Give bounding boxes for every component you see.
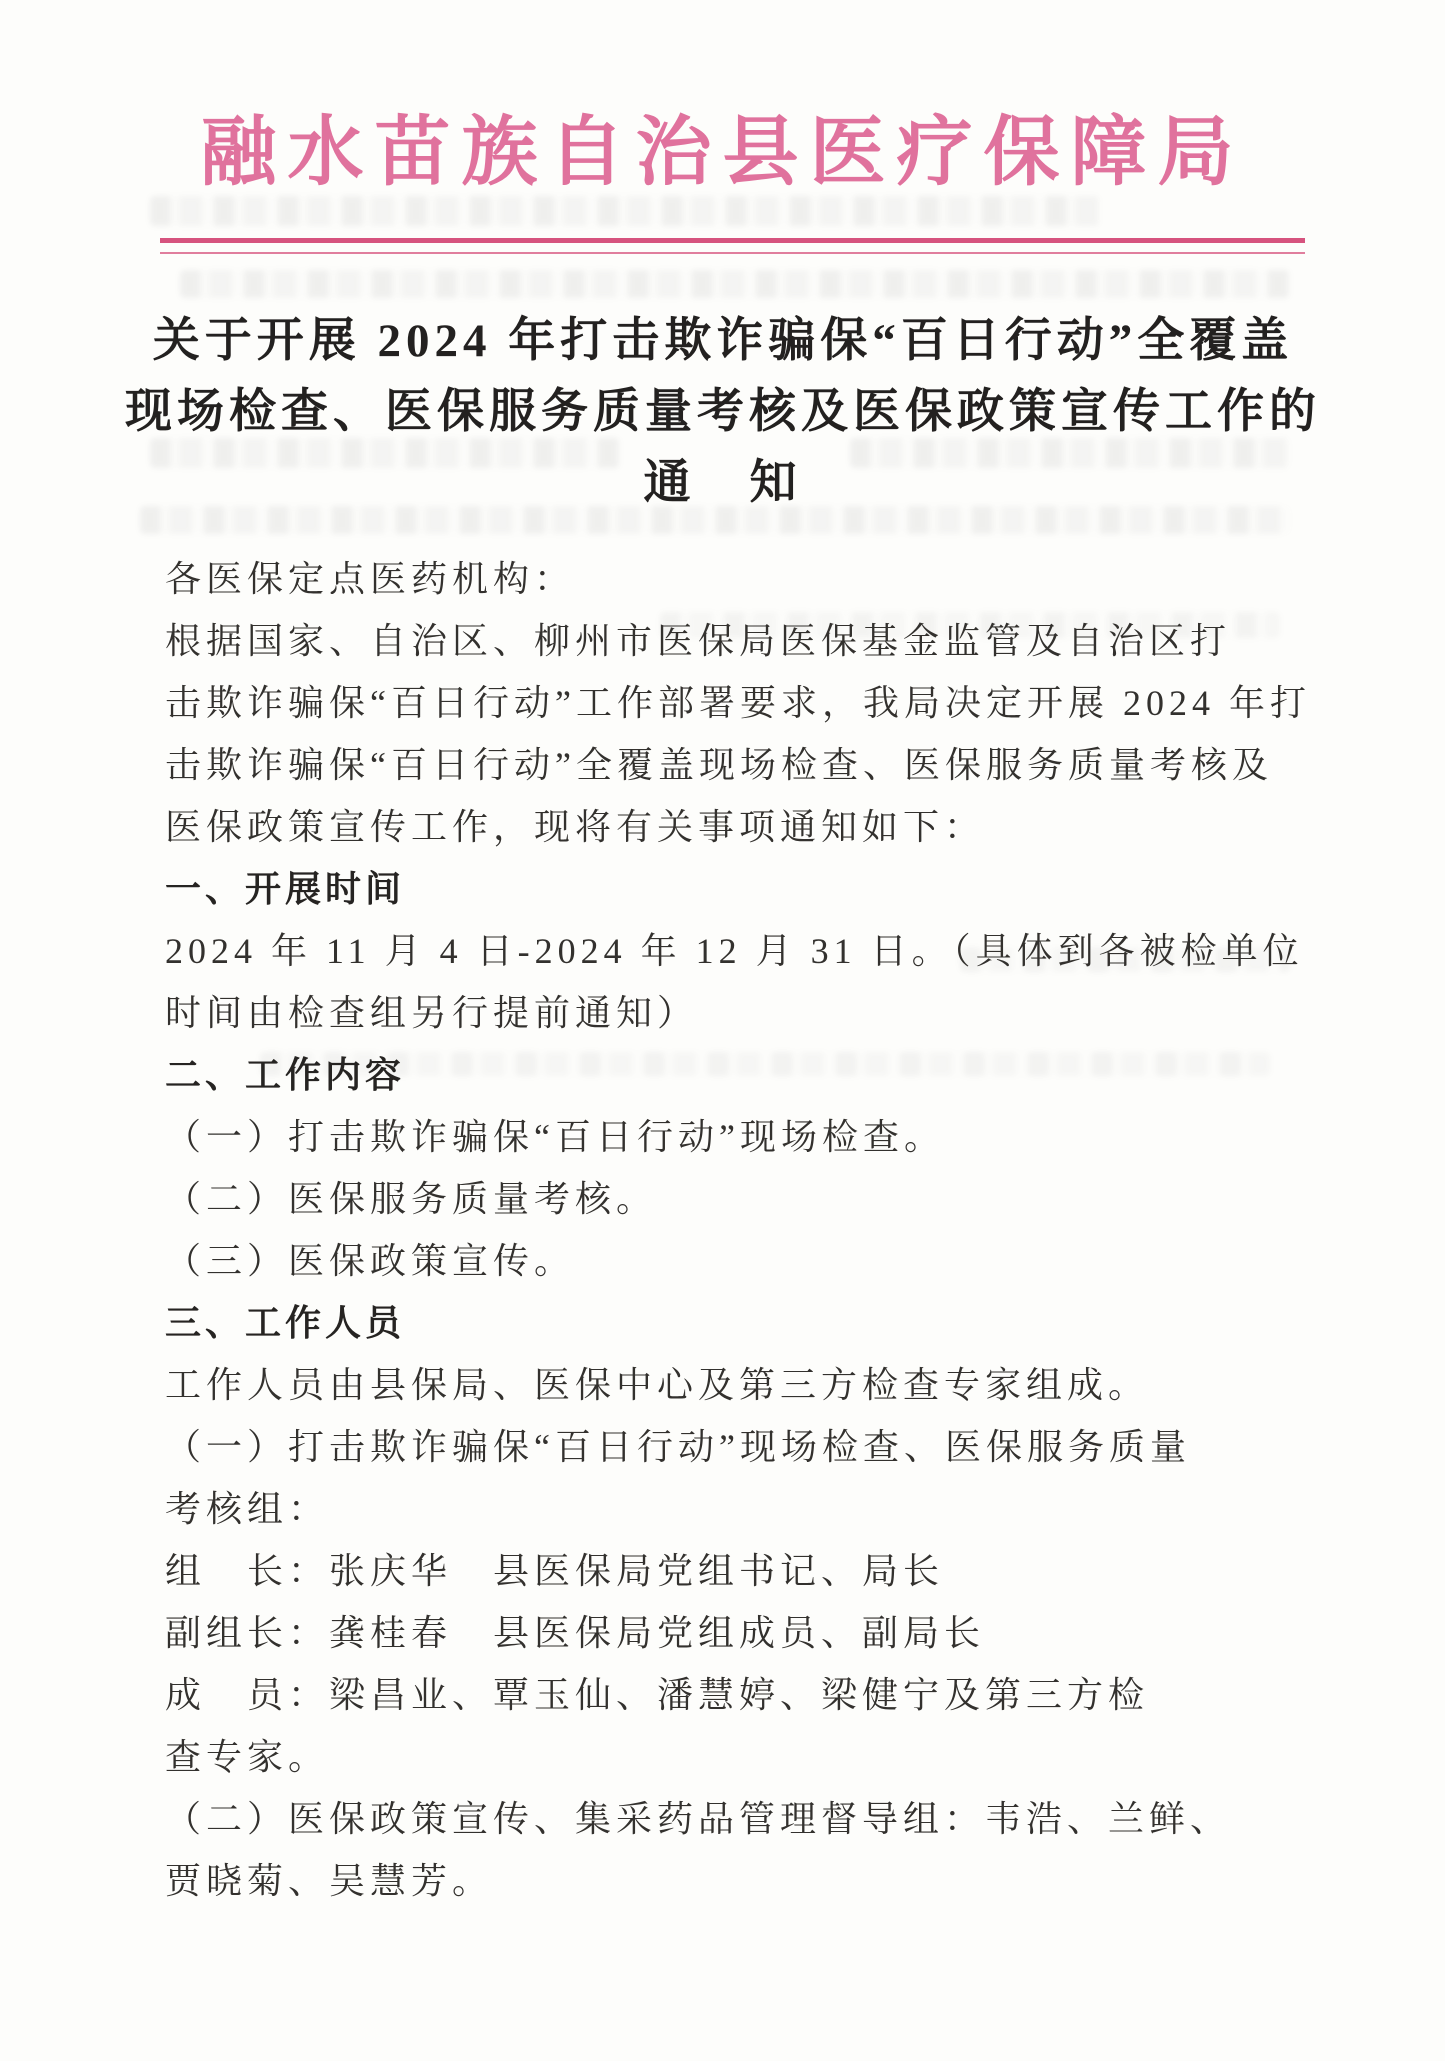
section-heading-1: 一、开展时间 [165, 858, 1315, 920]
body-line: 查专家。 [165, 1726, 1315, 1788]
body-line: （三）医保政策宣传。 [165, 1230, 1315, 1292]
body-line: （二）医保政策宣传、集采药品管理督导组：韦浩、兰鲜、 [165, 1788, 1315, 1850]
document-page: 融水苗族自治县医疗保障局 关于开展 2024 年打击欺诈骗保“百日行动”全覆盖 … [0, 0, 1445, 2061]
body-line: 击欺诈骗保“百日行动”全覆盖现场检查、医保服务质量考核及 [165, 734, 1315, 796]
letterhead-rule-thin [160, 252, 1305, 254]
body-line: （一）打击欺诈骗保“百日行动”现场检查。 [165, 1106, 1315, 1168]
body-line: 工作人员由县保局、医保中心及第三方检查专家组成。 [165, 1354, 1315, 1416]
body-line: 医保政策宣传工作，现将有关事项通知如下： [165, 796, 1315, 858]
body-line: 考核组： [165, 1478, 1315, 1540]
body-line: 2024 年 11 月 4 日-2024 年 12 月 31 日。（具体到各被检… [165, 920, 1315, 982]
body-line: （二）医保服务质量考核。 [165, 1168, 1315, 1230]
body-line: （一）打击欺诈骗保“百日行动”现场检查、医保服务质量 [165, 1416, 1315, 1478]
bleed-through-smudge [150, 196, 1100, 226]
bleed-through-smudge [180, 270, 1290, 298]
body-line-members: 成 员：梁昌业、覃玉仙、潘慧婷、梁健宁及第三方检 [165, 1664, 1315, 1726]
body-line-deputy-leader: 副组长：龚桂春 县医保局党组成员、副局长 [165, 1602, 1315, 1664]
document-body: 各医保定点医药机构： 根据国家、自治区、柳州市医保局医保基金监管及自治区打 击欺… [165, 548, 1315, 1912]
section-heading-2: 二、工作内容 [165, 1044, 1315, 1106]
section-heading-3: 三、工作人员 [165, 1292, 1315, 1354]
title-line-2: 现场检查、医保服务质量考核及医保政策宣传工作的 [68, 377, 1378, 448]
body-line: 根据国家、自治区、柳州市医保局医保基金监管及自治区打 [165, 610, 1315, 672]
letterhead-rule-thick [160, 238, 1305, 243]
title-line-3: 通 知 [68, 448, 1378, 519]
notice-title: 关于开展 2024 年打击欺诈骗保“百日行动”全覆盖 现场检查、医保服务质量考核… [68, 306, 1378, 519]
body-line: 贾晓菊、吴慧芳。 [165, 1850, 1315, 1912]
body-line-group-leader: 组 长：张庆华 县医保局党组书记、局长 [165, 1540, 1315, 1602]
body-line: 击欺诈骗保“百日行动”工作部署要求，我局决定开展 2024 年打 [165, 672, 1315, 734]
title-line-1: 关于开展 2024 年打击欺诈骗保“百日行动”全覆盖 [68, 306, 1378, 377]
body-line-salutation: 各医保定点医药机构： [165, 548, 1315, 610]
letterhead: 融水苗族自治县医疗保障局 [0, 112, 1445, 196]
body-line: 时间由检查组另行提前通知） [165, 982, 1315, 1044]
